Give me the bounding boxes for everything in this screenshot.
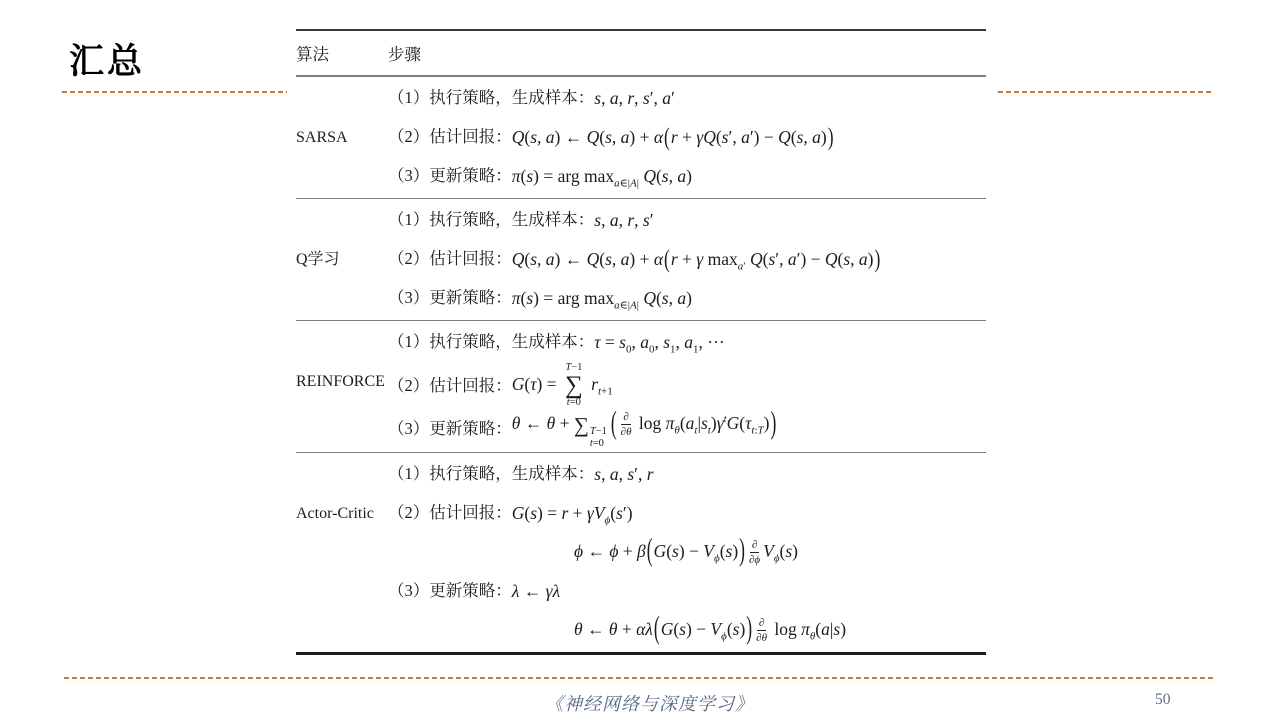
algorithm-name: Q学习 xyxy=(296,199,388,320)
algorithm-name: Actor-Critic xyxy=(296,453,388,652)
algorithm-steps: （1）执行策略，生成样本：s, a, r, s′, a′ （2）估计回报：Q(s… xyxy=(388,77,986,198)
column-header-algorithm: 算法 xyxy=(296,41,388,65)
divider-dashed-bottom xyxy=(64,677,1215,679)
step-line: （1）执行策略，生成样本：s, a, s′, r xyxy=(388,455,986,494)
step-line: （1）执行策略，生成样本：s, a, r, s′, a′ xyxy=(388,79,986,118)
table-row-sarsa: SARSA （1）执行策略，生成样本：s, a, r, s′, a′ （2）估计… xyxy=(296,77,986,198)
step-line: （3）更新策略：π(s) = arg maxa∈|A| Q(s, a) xyxy=(388,157,986,196)
algorithm-name: SARSA xyxy=(296,77,388,198)
page-number: 50 xyxy=(1155,691,1171,709)
table-header-row: 算法 步骤 xyxy=(296,31,986,77)
algorithm-steps: （1）执行策略，生成样本：s, a, r, s′ （2）估计回报：Q(s, a)… xyxy=(388,199,986,320)
slide-root: 汇总 算法 步骤 SARSA （1）执行策略，生成样本：s, a, r, s′,… xyxy=(0,0,1280,720)
step-line: （3）更新策略：λ ← γλ xyxy=(388,572,986,611)
step-line: （1）执行策略，生成样本：τ = s0, a0, s1, a1, ··· xyxy=(388,323,986,362)
step-line: （3）更新策略：θ ← θ + ∑T−1t=0(∂∂θ log πθ(at|st… xyxy=(388,410,986,450)
step-line-continuation: θ ← θ + αλ(G(s) − Vϕ(s))∂∂θ log πθ(a|s) xyxy=(388,611,986,650)
step-line: （2）估计回报：G(s) = r + γVϕ(s′) xyxy=(388,494,986,533)
table-row-reinforce: REINFORCE （1）执行策略，生成样本：τ = s0, a0, s1, a… xyxy=(296,320,986,452)
step-line: （3）更新策略：π(s) = arg maxa∈|A| Q(s, a) xyxy=(388,279,986,318)
step-line-continuation: ϕ ← ϕ + β(G(s) − Vϕ(s))∂∂ϕVϕ(s) xyxy=(388,533,986,572)
table-row-actor-critic: Actor-Critic （1）执行策略，生成样本：s, a, s′, r （2… xyxy=(296,452,986,652)
algorithm-name: REINFORCE xyxy=(296,321,388,452)
step-line: （1）执行策略，生成样本：s, a, r, s′ xyxy=(388,201,986,240)
slide-title: 汇总 xyxy=(69,44,145,79)
step-line: （2）估计回报：Q(s, a) ← Q(s, a) + α(r + γQ(s′,… xyxy=(388,118,986,157)
table-row-q-learning: Q学习 （1）执行策略，生成样本：s, a, r, s′ （2）估计回报：Q(s… xyxy=(296,198,986,320)
algorithms-summary-table: 算法 步骤 SARSA （1）执行策略，生成样本：s, a, r, s′, a′… xyxy=(287,29,995,655)
step-line: （2）估计回报：Q(s, a) ← Q(s, a) + α(r + γ maxa… xyxy=(388,240,986,279)
step-line: （2）估计回报：G(τ) = T−1∑t=0 rt+1 xyxy=(388,362,986,410)
column-header-steps: 步骤 xyxy=(388,41,986,65)
table-body: 算法 步骤 SARSA （1）执行策略，生成样本：s, a, r, s′, a′… xyxy=(296,29,986,655)
algorithm-steps: （1）执行策略，生成样本：τ = s0, a0, s1, a1, ··· （2）… xyxy=(388,321,986,452)
footer-book-title: 《神经网络与深度学习》 xyxy=(545,690,754,716)
algorithm-steps: （1）执行策略，生成样本：s, a, s′, r （2）估计回报：G(s) = … xyxy=(388,453,986,652)
